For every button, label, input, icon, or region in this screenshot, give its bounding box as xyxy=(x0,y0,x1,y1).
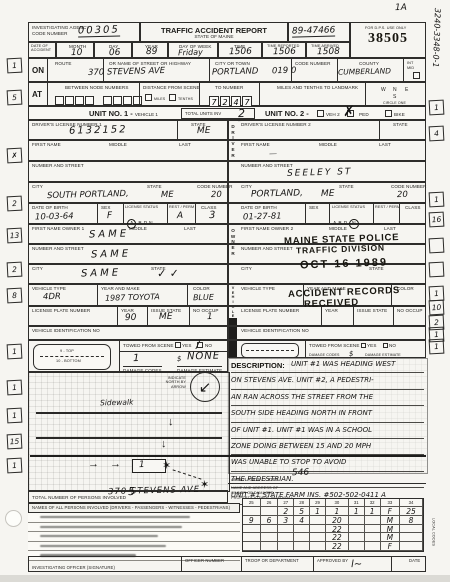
u1-vin-label: VEHICLE IDENTIFICATION NO xyxy=(32,328,100,333)
codes-cell[interactable]: 3 xyxy=(278,516,294,525)
u2-state-label: STATE xyxy=(393,122,408,127)
u2-owner-last-label: LAST xyxy=(384,226,396,231)
unit2-city-row[interactable]: CITY STATE CODE NUMBER PORTLAND, ME 20 xyxy=(228,182,426,203)
codes-col-header: 34 xyxy=(400,499,423,507)
total-persons-label: TOTAL NUMBER OF PERSONS INVOLVED xyxy=(32,495,126,500)
u2-city-state-label: STATE xyxy=(339,184,354,189)
u1-class-value: 3 xyxy=(209,210,216,221)
unit2-name-row[interactable]: FIRST NAME MIDDLE LAST — xyxy=(228,140,426,161)
u2-last-label: LAST xyxy=(379,142,391,147)
total-units-value: 2 xyxy=(238,107,245,121)
codes-cell[interactable] xyxy=(365,516,381,525)
names-redacted-rows xyxy=(28,513,240,561)
units-bar: UNIT NO. 1 - VEHICLE 1 TOTAL UNITS INV 2… xyxy=(28,106,426,120)
dps-cell: FOR D.P.S. USE ONLY 38505 xyxy=(350,22,426,58)
u2-license-label: DRIVER'S LICENSE NUMBER 2 xyxy=(241,122,311,127)
codes-cell[interactable] xyxy=(365,525,381,534)
code-number-value[interactable]: 019 0 xyxy=(272,66,297,77)
codes-cell[interactable]: M xyxy=(381,516,400,525)
u1-code-value: 20 xyxy=(211,190,222,200)
total-units-label: TOTAL UNITS INV xyxy=(185,112,221,117)
codes-cell[interactable] xyxy=(310,516,326,525)
unit1-owner-street-row[interactable]: NUMBER AND STREET SAME xyxy=(28,244,228,264)
u2-yes-label: YES xyxy=(367,343,377,348)
u1-towed-yes-box[interactable] xyxy=(175,342,181,348)
node-number-box[interactable] xyxy=(65,96,74,105)
codes-cell[interactable] xyxy=(278,525,294,534)
compass-s[interactable]: S xyxy=(393,95,396,101)
year-value: 89 xyxy=(146,47,158,57)
u2-occup-label: NO OCCUP xyxy=(397,308,423,313)
u2-city-value: PORTLAND, xyxy=(251,188,303,199)
ped-check-mark: ✗ xyxy=(343,104,355,120)
u2-dob-value: 01-27-81 xyxy=(243,211,282,222)
margin-code-box[interactable]: 2 xyxy=(7,196,23,212)
codes-cell[interactable]: 22 xyxy=(326,542,349,551)
u1-owner-city-label: CITY xyxy=(32,266,43,271)
unit1-header: UNIT NO. 1 - VEHICLE 1 xyxy=(89,109,158,118)
codes-cell[interactable] xyxy=(261,542,279,551)
distance-label: DISTANCE FROM SCENE xyxy=(143,85,200,90)
tenths-box[interactable] xyxy=(169,94,176,101)
margin-code-box[interactable]: 16 xyxy=(429,212,445,228)
travel-arrow-1: → xyxy=(88,458,99,470)
codes-col-header: 26 xyxy=(261,499,279,507)
names-header: NAMES OF ALL PERSONS INVOLVED (DRIVERS -… xyxy=(28,503,240,513)
margin-code-box[interactable]: 1 xyxy=(429,339,445,355)
sketch-vehicle: 1 xyxy=(132,459,166,473)
ambulance-label: AMBULANCE CODES xyxy=(231,477,279,482)
u1-occup-label: NO OCCUP xyxy=(193,308,219,313)
description-line: WAS UNABLE TO STOP TO AVOID xyxy=(231,455,424,471)
footer-strip: INVESTIGATING OFFICER (SIGNATURE) OFFICE… xyxy=(28,556,426,572)
codes-col-header: 29 xyxy=(310,499,326,507)
codes-cell[interactable]: M xyxy=(381,533,400,542)
unit1-dob-row[interactable]: DATE OF BIRTH 10-03-64 SEX F LICENSE STA… xyxy=(28,203,228,224)
date-label: DATE OF ACCIDENT xyxy=(31,44,55,53)
codes-cell[interactable]: 1 xyxy=(365,507,381,516)
codes-cell[interactable]: 9 xyxy=(243,516,261,525)
u1-owner-city-marks: ✓ ✓ xyxy=(157,267,179,281)
local-codes-label: LOCAL CODES xyxy=(431,518,435,546)
u1-no-label: NO xyxy=(205,343,212,348)
sketch-vehicle-number: 1 xyxy=(139,460,145,470)
codes-cell[interactable] xyxy=(400,533,423,542)
miles-box[interactable] xyxy=(145,94,152,101)
margin-code-box[interactable]: 4 xyxy=(429,126,445,142)
unit1-damage-row: 9 - TOP 10 - BOTTOM TOWED FROM SCENE YES… xyxy=(28,340,228,372)
u1-issue-value: ME xyxy=(159,312,173,322)
dow-value: Friday xyxy=(178,48,203,58)
u1-ym-value: 1987 TOYOTA xyxy=(105,292,160,302)
time-arrived-value: 1508 xyxy=(317,47,340,58)
u1-damage-codes-value[interactable]: 1 xyxy=(133,353,140,364)
ped-label: PED xyxy=(359,112,369,117)
on-prefix: ON xyxy=(32,66,44,75)
compass-w[interactable]: W xyxy=(381,88,386,94)
redacted-name-row xyxy=(28,513,240,523)
codes-cell[interactable] xyxy=(310,542,326,551)
codes-cell[interactable]: 20 xyxy=(326,516,349,525)
stamp-line5: RECEIVED xyxy=(304,297,359,310)
veh2-checkbox[interactable] xyxy=(317,110,324,117)
node-number-box[interactable] xyxy=(103,96,112,105)
codes-cell[interactable] xyxy=(400,542,423,551)
description-line: ON STEVENS AVE. UNIT #2, A PEDESTRI- xyxy=(231,373,424,389)
u1-status-label: LICENSE STATUS xyxy=(125,205,158,209)
description-line: UNIT #1 WAS HEADING WEST xyxy=(231,357,424,373)
hole-punch xyxy=(5,510,22,527)
u2-status-label: LICENSE STATUS xyxy=(332,205,365,209)
time-cell[interactable]: TIME 1506 xyxy=(218,42,262,58)
u2-code-value: 20 xyxy=(397,190,408,200)
u2-towed-label: TOWED FROM SCENE xyxy=(309,343,360,348)
description-line: AN RAN ACROSS THE STREET FROM THE xyxy=(231,390,424,406)
u2-owner-label: FIRST NAME OWNER 2 xyxy=(241,226,293,231)
dps-label: FOR D.P.S. USE ONLY xyxy=(365,26,406,30)
side-code: 3240-3348-0-1 xyxy=(431,8,442,68)
ambulance-value[interactable]: 546 xyxy=(292,468,309,478)
u1-damage-estimate-value[interactable]: NONE xyxy=(187,351,220,363)
margin-code-box[interactable] xyxy=(429,238,445,254)
codes-cell[interactable]: 6 xyxy=(261,516,279,525)
u1-rest-value: A xyxy=(177,211,183,221)
codes-cell[interactable] xyxy=(294,533,310,542)
time-reported-value: 1506 xyxy=(273,47,296,58)
margin-code-box[interactable]: 1 xyxy=(7,380,23,396)
codes-cell[interactable] xyxy=(365,542,381,551)
u1-color-value: BLUE xyxy=(193,293,214,303)
codes-cell[interactable]: 2 xyxy=(278,507,294,516)
road-line-2 xyxy=(36,437,222,439)
at-prefix: AT xyxy=(32,90,42,99)
unit1-owner-row[interactable]: FIRST NAME OWNER 1 MIDDLE LAST SAME xyxy=(28,224,228,244)
u1-city-state-value: ME xyxy=(161,190,174,200)
ped-path-arrow-2: ↓ xyxy=(161,438,167,450)
codes-cell[interactable] xyxy=(294,525,310,534)
codes-cell[interactable]: 4 xyxy=(294,516,310,525)
codes-cell[interactable] xyxy=(349,542,365,551)
codes-cell[interactable]: 22 xyxy=(326,533,349,542)
u1-yes-label: YES xyxy=(182,343,192,348)
unit2-dob-row[interactable]: DATE OF BIRTH 01-27-81 SEX LICENSE STATU… xyxy=(228,203,426,224)
travel-arrow-2: → xyxy=(110,458,121,470)
unit1-city-row[interactable]: CITY STATE CODE NUMBER SOUTH PORTLAND, M… xyxy=(28,182,228,203)
troop-label: TROOP OR DEPARTMENT xyxy=(245,559,299,564)
margin-code-box[interactable]: 15 xyxy=(7,434,23,450)
unit1-vehicle-row[interactable]: VEHICLE TYPE 4DR YEAR AND MAKE 1987 TOYO… xyxy=(28,284,228,306)
u2-no-label: NO xyxy=(389,343,396,348)
node-number-box[interactable] xyxy=(75,96,84,105)
u2-towed-yes-box[interactable] xyxy=(361,343,366,348)
approved-by-label: APPROVED BY xyxy=(317,559,348,564)
node-number-box[interactable] xyxy=(113,96,122,105)
city-town-value[interactable]: PORTLAND xyxy=(212,66,259,77)
approved-signature: l~ xyxy=(351,559,362,570)
u1-sex-value: F xyxy=(107,211,112,221)
u2-owner-middle-label: MIDDLE xyxy=(329,226,347,231)
codes-cell[interactable] xyxy=(365,533,381,542)
u1-pyear-value: 90 xyxy=(125,313,137,323)
road-line-1 xyxy=(36,412,222,414)
sketch-ped-mark: ✶ xyxy=(162,459,171,472)
unit2-street-row[interactable]: NUMBER AND STREET SEELEY ST xyxy=(228,161,426,182)
u1-middle-label: MIDDLE xyxy=(109,142,127,147)
u2-middle-label: MIDDLE xyxy=(319,142,337,147)
total-persons-value: 5 xyxy=(128,485,135,498)
unit2-vin-row[interactable]: VEHICLE IDENTIFICATION NO xyxy=(228,326,426,340)
u2-city-label: CITY xyxy=(241,184,252,189)
u2-sex-label: SEX xyxy=(309,205,319,210)
codes-col-header: 25 xyxy=(243,499,261,507)
codes-cell[interactable] xyxy=(349,525,365,534)
u2-dob-label: DATE OF BIRTH xyxy=(241,205,277,210)
day-cell[interactable]: DAY 06 xyxy=(94,42,132,58)
unit2-license-row[interactable]: DRIVER'S LICENSE NUMBER 2 STATE xyxy=(228,120,426,140)
county-value[interactable]: CUMBERLAND xyxy=(338,66,391,76)
form-subtitle: STATE OF MAINE xyxy=(141,35,287,40)
u2-plate-label: LICENSE PLATE NUMBER xyxy=(241,308,299,313)
node-number-box[interactable] xyxy=(85,96,94,105)
codes-cell[interactable] xyxy=(261,507,279,516)
month-value: 10 xyxy=(71,48,83,58)
corner-note: 1A xyxy=(395,3,407,13)
unit1-owner-city-row[interactable]: CITY STATE SAME ✓ ✓ xyxy=(28,264,228,284)
u1-owner-middle-label: MIDDLE xyxy=(129,226,147,231)
codes-cell[interactable] xyxy=(294,542,310,551)
year-cell[interactable]: YEAR 89 xyxy=(132,42,168,58)
u1-owner-label: FIRST NAME OWNER 1 xyxy=(32,226,84,231)
margin-code-box[interactable]: ✗ xyxy=(7,148,23,164)
north-arrow-icon: ↙ xyxy=(199,378,212,396)
city-town-label: CITY OR TOWN xyxy=(215,61,250,66)
bike-checkbox[interactable] xyxy=(385,110,392,117)
county-label: COUNTY xyxy=(359,61,379,66)
u2-vtype-label: VEHICLE TYPE xyxy=(241,286,275,291)
footer-date-label: DATE xyxy=(409,559,420,564)
unit1-street-row[interactable]: NUMBER AND STREET xyxy=(28,161,228,182)
u1-first-label: FIRST NAME xyxy=(32,142,61,147)
nodes-label: BETWEEN NODE NUMBERS xyxy=(65,85,129,90)
u1-dollar-sign: $ xyxy=(177,355,182,363)
codes-col-header: 27 xyxy=(278,499,294,507)
tenths-label: TENTHS xyxy=(178,97,193,101)
u2-first-label: FIRST NAME xyxy=(241,142,270,147)
dps-number: 38505 xyxy=(351,31,425,47)
u1-owner-value: SAME xyxy=(89,228,129,240)
form-title: TRAFFIC ACCIDENT REPORT xyxy=(141,26,287,35)
u2-name-value: — xyxy=(269,149,277,158)
codes-cell[interactable] xyxy=(243,507,261,516)
circle-one-label: CIRCLE ONE xyxy=(383,101,406,105)
date-of-accident-cell: DATE OF ACCIDENT xyxy=(28,42,56,58)
redacted-name-row xyxy=(28,523,240,533)
route-label: ROUTE xyxy=(55,61,72,66)
officer-number-label: OFFICER NUMBER xyxy=(185,559,224,564)
u1-occup-value: 1 xyxy=(207,312,213,322)
codes-cell[interactable] xyxy=(310,533,326,542)
description-line: OF UNIT #1. UNIT #1 WAS IN A SCHOOL xyxy=(231,423,424,439)
compass-e[interactable]: E xyxy=(405,88,408,94)
margin-code-box[interactable]: 13 xyxy=(7,228,23,244)
margin-code-box[interactable]: 1 xyxy=(429,192,445,208)
codes-cell[interactable] xyxy=(310,525,326,534)
u1-state-value: ME xyxy=(197,126,211,136)
codes-cell[interactable] xyxy=(278,533,294,542)
margin-code-box[interactable]: 5 xyxy=(7,90,23,106)
landmark-label: MILES AND TENTHS TO LANDMARK xyxy=(277,85,358,90)
u1-color-label: COLOR xyxy=(193,286,210,291)
car-bottom-label: 10 - BOTTOM xyxy=(56,359,81,363)
time-reported-cell[interactable]: TIME REPORTED 1506 xyxy=(262,42,306,58)
u1-sex-label: SEX xyxy=(101,205,111,210)
mid-label: MID xyxy=(407,66,414,70)
margin-code-box[interactable]: 2 xyxy=(7,262,23,278)
description-line: SOUTH SIDE HEADING NORTH IN FRONT xyxy=(231,406,424,422)
codes-cell[interactable] xyxy=(243,542,261,551)
u2-vin-label: VEHICLE IDENTIFICATION NO xyxy=(241,328,309,333)
u1-license-value: 6132152 xyxy=(69,124,128,137)
agency-label2: CODE NUMBER xyxy=(32,31,68,36)
codes-cell[interactable]: F xyxy=(381,507,400,516)
ped-path-arrow-1: ↓ xyxy=(168,416,174,428)
u1-city-value: SOUTH PORTLAND, xyxy=(47,189,129,201)
u1-rest-label: REST / PERM xyxy=(169,205,194,209)
codes-col-header: 32 xyxy=(365,499,381,507)
codes-cell[interactable]: 5 xyxy=(294,507,310,516)
ambulance-divider xyxy=(228,483,426,484)
int-mid-checkbox[interactable] xyxy=(413,72,420,79)
codes-col-header: 33 xyxy=(381,499,400,507)
u1-owner-street-label: NUMBER AND STREET xyxy=(32,246,84,251)
codes-cell[interactable]: 8 xyxy=(400,516,423,525)
u2-street-value: SEELEY ST xyxy=(287,167,353,179)
u2-city-state-value: ME xyxy=(321,189,335,199)
codes-cell[interactable] xyxy=(261,533,279,542)
car-diagram-2 xyxy=(241,343,299,358)
u1-vtype-label: VEHICLE TYPE xyxy=(32,286,66,291)
unit2-header: UNIT NO. 2 - xyxy=(265,109,309,118)
time-arrived-cell[interactable]: TIME ARRIVED 1508 xyxy=(306,42,350,58)
codes-cell[interactable] xyxy=(349,516,365,525)
node-number-box[interactable] xyxy=(55,96,64,105)
compass-n[interactable]: N xyxy=(393,88,397,94)
margin-code-box[interactable]: 1 xyxy=(7,458,23,474)
code-number-label: CODE NUMBER xyxy=(295,61,331,66)
codes-cell[interactable] xyxy=(400,525,423,534)
margin-code-box[interactable]: 10 xyxy=(429,300,445,316)
u2-street-label: NUMBER AND STREET xyxy=(241,163,293,168)
codes-col-header: 31 xyxy=(349,499,365,507)
codes-cell[interactable] xyxy=(278,542,294,551)
codes-cell[interactable] xyxy=(243,525,261,534)
u2-owner-city-label: CITY xyxy=(241,266,252,271)
int-label: INT xyxy=(407,61,413,65)
bike-label: BIKE xyxy=(394,112,405,117)
u1-ym-label: YEAR AND MAKE xyxy=(101,286,140,291)
property-owner-label1: NAME AND ADDRESS OF xyxy=(231,486,278,490)
codes-table[interactable]: 25262728293031323334251111F25963420M822M… xyxy=(242,498,424,552)
north-label: INDICATE NORTH BY ARROW xyxy=(158,376,186,389)
u1-city-label: CITY xyxy=(32,184,43,189)
bottom-scan-shadow xyxy=(0,575,450,582)
margin-code-box[interactable]: 1 xyxy=(7,344,23,360)
codes-cell[interactable]: 1 xyxy=(349,507,365,516)
u1-city-state-label: STATE xyxy=(147,184,162,189)
to-number-label: TO NUMBER xyxy=(215,85,243,90)
car-top-label: 9 - TOP xyxy=(60,349,74,353)
day-value: 06 xyxy=(109,48,121,58)
margin-code-box[interactable] xyxy=(429,262,445,278)
officer-signature-label: INVESTIGATING OFFICER (SIGNATURE) xyxy=(32,566,115,571)
codes-cell[interactable]: F xyxy=(381,542,400,551)
agency-value[interactable]: 00305 xyxy=(78,24,120,37)
veh2-label: VEH 2 xyxy=(326,112,340,117)
unit1-license-row[interactable]: DRIVER'S LICENSE NUMBER 1 6132152 STATE … xyxy=(28,120,228,140)
unit1-name-row[interactable]: FIRST NAME MIDDLE LAST xyxy=(28,140,228,161)
unit1-plate-row[interactable]: LICENSE PLATE NUMBER YEAR 90 ISSUE STATE… xyxy=(28,306,228,326)
codes-cell[interactable] xyxy=(349,533,365,542)
miles-label: MILES xyxy=(154,97,165,101)
dow-cell[interactable]: DAY OF WEEK Friday xyxy=(168,42,218,58)
u1-owner-last-label: LAST xyxy=(184,226,196,231)
u2-rest-label: REST / PERM xyxy=(375,205,400,209)
codes-cell[interactable]: M xyxy=(381,525,400,534)
node-number-box[interactable] xyxy=(123,96,132,105)
property-owner-label2: OWNER OF DAMAGED xyxy=(231,491,274,495)
margin-code-box[interactable]: 8 xyxy=(7,288,23,304)
u1-vtype-value: 4DR xyxy=(43,292,61,302)
u2-issue-label: ISSUE STATE xyxy=(357,308,387,313)
report-number[interactable]: 89-47466 xyxy=(292,25,336,37)
u1-last-label: LAST xyxy=(179,142,191,147)
node-number-box[interactable] xyxy=(133,96,142,105)
unit2-damage-row: TOWED FROM SCENE YES NO $ DAMAGE CODES D… xyxy=(228,340,426,358)
u1-plate-label: LICENSE PLATE NUMBER xyxy=(32,308,90,313)
u2-code-label: CODE NUMBER xyxy=(391,184,427,189)
u1-street-label: NUMBER AND STREET xyxy=(32,163,84,168)
sidewalk-label: Sidewalk xyxy=(100,398,134,408)
u1-owner-street-value: SAME xyxy=(91,248,131,260)
codes-cell[interactable] xyxy=(261,525,279,534)
month-cell[interactable]: MONTH 10 xyxy=(56,42,94,58)
codes-cell[interactable]: 22 xyxy=(326,525,349,534)
margin-code-box[interactable]: 1 xyxy=(7,408,23,424)
codes-cell[interactable] xyxy=(243,533,261,542)
time-value: 1506 xyxy=(229,47,252,58)
at-row: AT BETWEEN NODE NUMBERS DISTANCE FROM SC… xyxy=(28,82,426,106)
u2-class-label: CLASS xyxy=(405,205,421,210)
codes-cell[interactable]: 1 xyxy=(310,507,326,516)
total-units-box[interactable]: TOTAL UNITS INV 2 xyxy=(181,108,255,119)
u1-towed-no-mark: / xyxy=(196,338,200,351)
codes-col-header: 28 xyxy=(294,499,310,507)
u1-dob-value: 10-03-64 xyxy=(35,211,74,222)
u2-towed-no-box[interactable] xyxy=(383,343,388,348)
redacted-name-row xyxy=(28,532,240,542)
margin-code-box[interactable]: 1 xyxy=(7,58,23,74)
codes-col-header: 30 xyxy=(326,499,349,507)
u1-owner-city-value: SAME xyxy=(81,267,121,279)
north-indicator: ↙ xyxy=(190,372,220,402)
codes-cell[interactable]: 1 xyxy=(326,507,349,516)
street-value[interactable]: 370 STEVENS AVE xyxy=(88,66,165,78)
title-cell: TRAFFIC ACCIDENT REPORT STATE OF MAINE xyxy=(140,22,288,42)
redacted-name-row xyxy=(28,542,240,552)
margin-code-box[interactable]: 1 xyxy=(429,100,445,116)
u1-towed-label: TOWED FROM SCENE xyxy=(123,343,174,348)
codes-cell[interactable]: 25 xyxy=(400,507,423,516)
